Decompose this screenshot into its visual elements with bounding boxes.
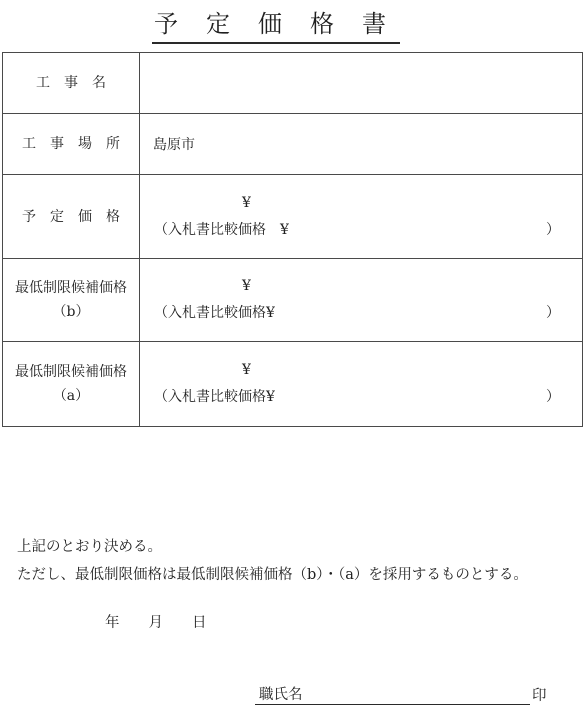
comparison-price-prefix: （入札書比較価格¥: [154, 302, 275, 325]
minimum-limit-candidate-b-value: ¥ （入札書比較価格¥ ）: [140, 259, 582, 341]
decision-note-line1: 上記のとおり決める。: [17, 533, 528, 561]
comparison-price-prefix: （入札書比較価格 ¥: [154, 219, 289, 242]
comparison-price-close-paren: ）: [546, 219, 560, 242]
table-row-construction-name: 工 事 名: [3, 53, 582, 113]
minimum-limit-candidate-a-label-line2: （a）: [53, 384, 89, 408]
minimum-limit-candidate-b-label: 最低制限候補価格 （b）: [3, 259, 140, 341]
estimated-price-label: 予 定 価 格: [3, 175, 140, 258]
estimated-price-value: ¥ （入札書比較価格 ¥ ）: [140, 175, 582, 258]
page-title: 予 定 価 格 書: [152, 4, 400, 44]
minimum-limit-candidate-b-label-line1: 最低制限候補価格: [15, 276, 127, 300]
construction-site-value: 島原市: [140, 114, 582, 174]
construction-name-label: 工 事 名: [3, 53, 140, 113]
comparison-price-prefix: （入札書比較価格¥: [154, 386, 275, 409]
construction-name-value: [140, 53, 582, 113]
table-row-minimum-limit-candidate-a: 最低制限候補価格 （a） ¥ （入札書比較価格¥ ）: [3, 341, 582, 426]
minimum-limit-candidate-a-value: ¥ （入札書比較価格¥ ）: [140, 342, 582, 426]
construction-site-label: 工 事 場 所: [3, 114, 140, 174]
comparison-price-close-paren: ）: [546, 386, 560, 409]
date-line: 年 月 日: [105, 611, 207, 632]
estimated-price-comparison-line: （入札書比較価格 ¥ ）: [140, 219, 582, 242]
construction-site-value-text: 島原市: [140, 134, 582, 154]
estimated-price-yen: ¥: [140, 192, 582, 215]
minimum-limit-candidate-a-yen: ¥: [140, 359, 582, 382]
signature-name-label: 職氏名: [255, 687, 303, 703]
minimum-limit-candidate-a-label: 最低制限候補価格 （a）: [3, 342, 140, 426]
minimum-limit-candidate-b-comparison-line: （入札書比較価格¥ ）: [140, 302, 582, 325]
minimum-limit-candidate-a-label-line1: 最低制限候補価格: [15, 360, 127, 384]
signature-line: 職氏名: [255, 683, 530, 705]
table-row-construction-site: 工 事 場 所 島原市: [3, 113, 582, 174]
decision-note-line2: ただし、最低制限価格は最低制限候補価格（b）・（a）を採用するものとする。: [17, 561, 528, 589]
minimum-limit-candidate-a-comparison-line: （入札書比較価格¥ ）: [140, 386, 582, 409]
decision-notes: 上記のとおり決める。 ただし、最低制限価格は最低制限候補価格（b）・（a）を採用…: [17, 533, 528, 589]
seal-mark: 印: [532, 684, 547, 705]
minimum-limit-candidate-b-yen: ¥: [140, 275, 582, 298]
table-row-minimum-limit-candidate-b: 最低制限候補価格 （b） ¥ （入札書比較価格¥ ）: [3, 258, 582, 341]
minimum-limit-candidate-b-label-line2: （b）: [53, 300, 90, 324]
comparison-price-close-paren: ）: [546, 302, 560, 325]
table-row-estimated-price: 予 定 価 格 ¥ （入札書比較価格 ¥ ）: [3, 174, 582, 258]
price-table: 工 事 名 工 事 場 所 島原市 予 定 価 格 ¥ （入札書比較価格 ¥ ）…: [2, 52, 583, 427]
